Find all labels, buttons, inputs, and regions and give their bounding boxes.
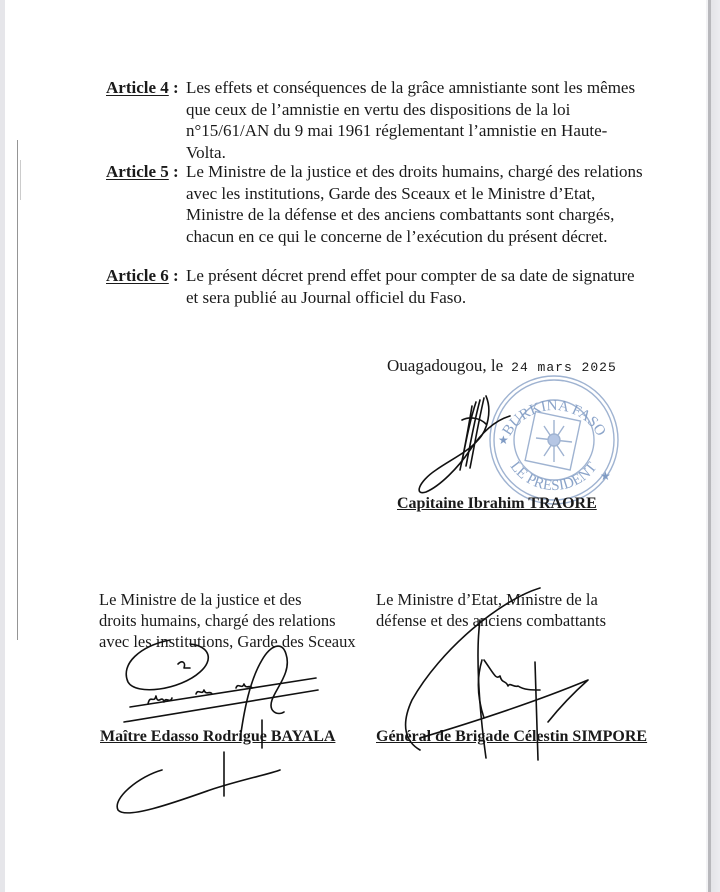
minister-justice-title: Le Ministre de la justice et des droits … (99, 589, 379, 652)
article-text: Les effets et conséquences de la grâce a… (186, 77, 646, 163)
svg-text:★: ★ (600, 469, 611, 483)
minister-defense-title: Le Ministre d’Etat, Ministre de la défen… (376, 589, 666, 631)
president-name: Capitaine Ibrahim TRAORE (397, 495, 597, 513)
scan-edge-right (706, 0, 720, 892)
article-text: Le présent décret prend effet pour compt… (186, 265, 646, 308)
article-label: Article 4 : (106, 77, 179, 99)
minister-justice-signature-icon (117, 640, 318, 813)
article-5: Article 5 : Le Ministre de la justice et… (106, 161, 666, 247)
article-label: Article 6 : (106, 265, 179, 287)
article-4: Article 4 : Les effets et conséquences d… (106, 77, 666, 163)
article-label: Article 5 : (106, 161, 179, 183)
article-6: Article 6 : Le présent décret prend effe… (106, 265, 666, 308)
minister-defense-name: Général de Brigade Célestin SIMPORE (376, 728, 647, 746)
scan-edge-left (0, 0, 5, 892)
svg-text:LE PRESIDENT: LE PRESIDENT (507, 459, 601, 494)
minister-justice-name: Maître Edasso Rodrigue BAYALA (100, 728, 335, 746)
scan-artifact-line (17, 140, 18, 640)
article-text: Le Ministre de la justice et des droits … (186, 161, 646, 247)
svg-text:★: ★ (498, 433, 509, 447)
presidential-seal-stamp-icon: BURKINA FASO LE PRESIDENT ★ ★ (484, 368, 624, 508)
scan-artifact-line (20, 160, 21, 200)
